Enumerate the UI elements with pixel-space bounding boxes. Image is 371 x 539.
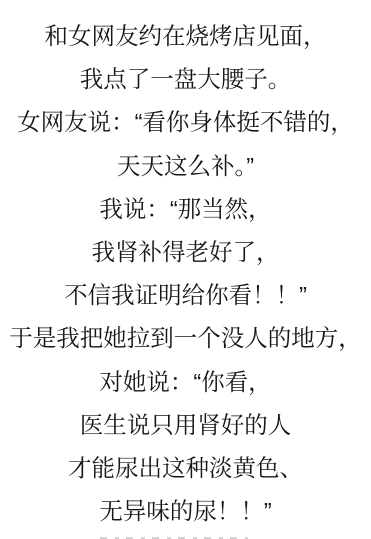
text-line: 无异味的尿！！”	[0, 490, 371, 533]
text-line: 不信我证明给你看！！”	[0, 274, 371, 317]
text-line: 天天这么补。”	[0, 145, 371, 188]
text-line: 对她说：“你看，	[0, 361, 371, 404]
text-line: 于是我把她拉到一个没人的地方，	[0, 317, 371, 360]
text-line: 我说：“那当然，	[0, 188, 371, 231]
text-line: 我肾补得老好了，	[0, 231, 371, 274]
text-line: 女网友说：“看你身体挺不错的，	[0, 101, 371, 144]
text-line: 才能尿出这种淡黄色、	[0, 447, 371, 490]
joke-text-block: 和女网友约在烧烤店见面， 我点了一盘大腰子。 女网友说：“看你身体挺不错的， 天…	[0, 0, 371, 533]
text-line: 我点了一盘大腰子。	[0, 58, 371, 101]
text-line: 医生说只用肾好的人	[0, 404, 371, 447]
text-line: 和女网友约在烧烤店见面，	[0, 15, 371, 58]
